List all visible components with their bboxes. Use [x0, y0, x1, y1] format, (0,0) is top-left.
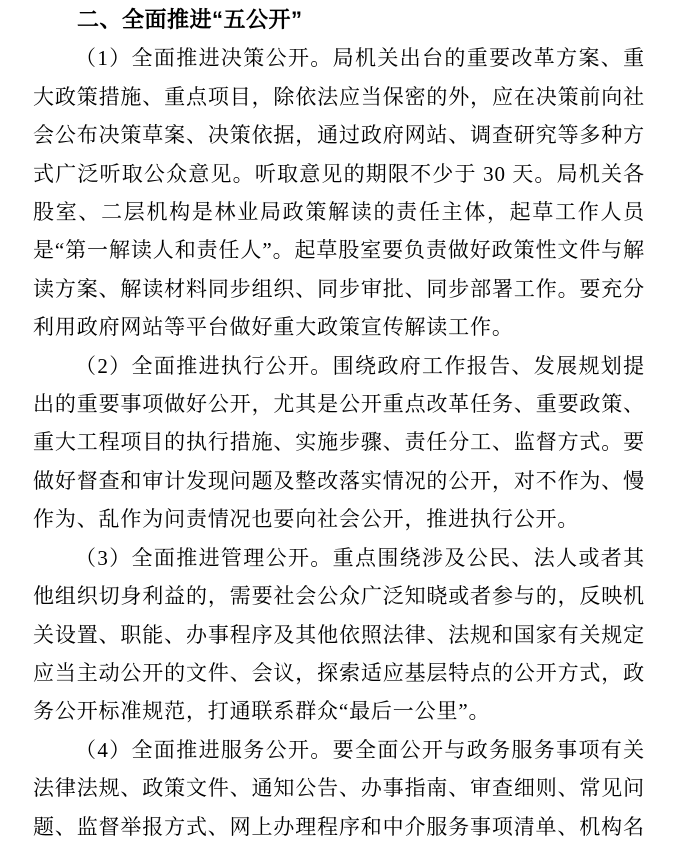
- paragraph-service-openness: （4）全面推进服务公开。要全面公开与政务服务事项有关法律法规、政策文件、通知公告…: [33, 731, 645, 846]
- section-heading: 二、全面推进“五公开”: [33, 1, 645, 39]
- paragraph-decision-openness: （1）全面推进决策公开。局机关出台的重要改革方案、重大政策措施、重点项目，除依法…: [33, 39, 645, 346]
- paragraph-execution-openness: （2）全面推进执行公开。围绕政府工作报告、发展规划提出的重要事项做好公开，尤其是…: [33, 347, 645, 539]
- document-page: 二、全面推进“五公开” （1）全面推进决策公开。局机关出台的重要改革方案、重大政…: [0, 0, 678, 861]
- paragraph-management-openness: （3）全面推进管理公开。重点围绕涉及公民、法人或者其他组织切身利益的，需要社会公…: [33, 539, 645, 731]
